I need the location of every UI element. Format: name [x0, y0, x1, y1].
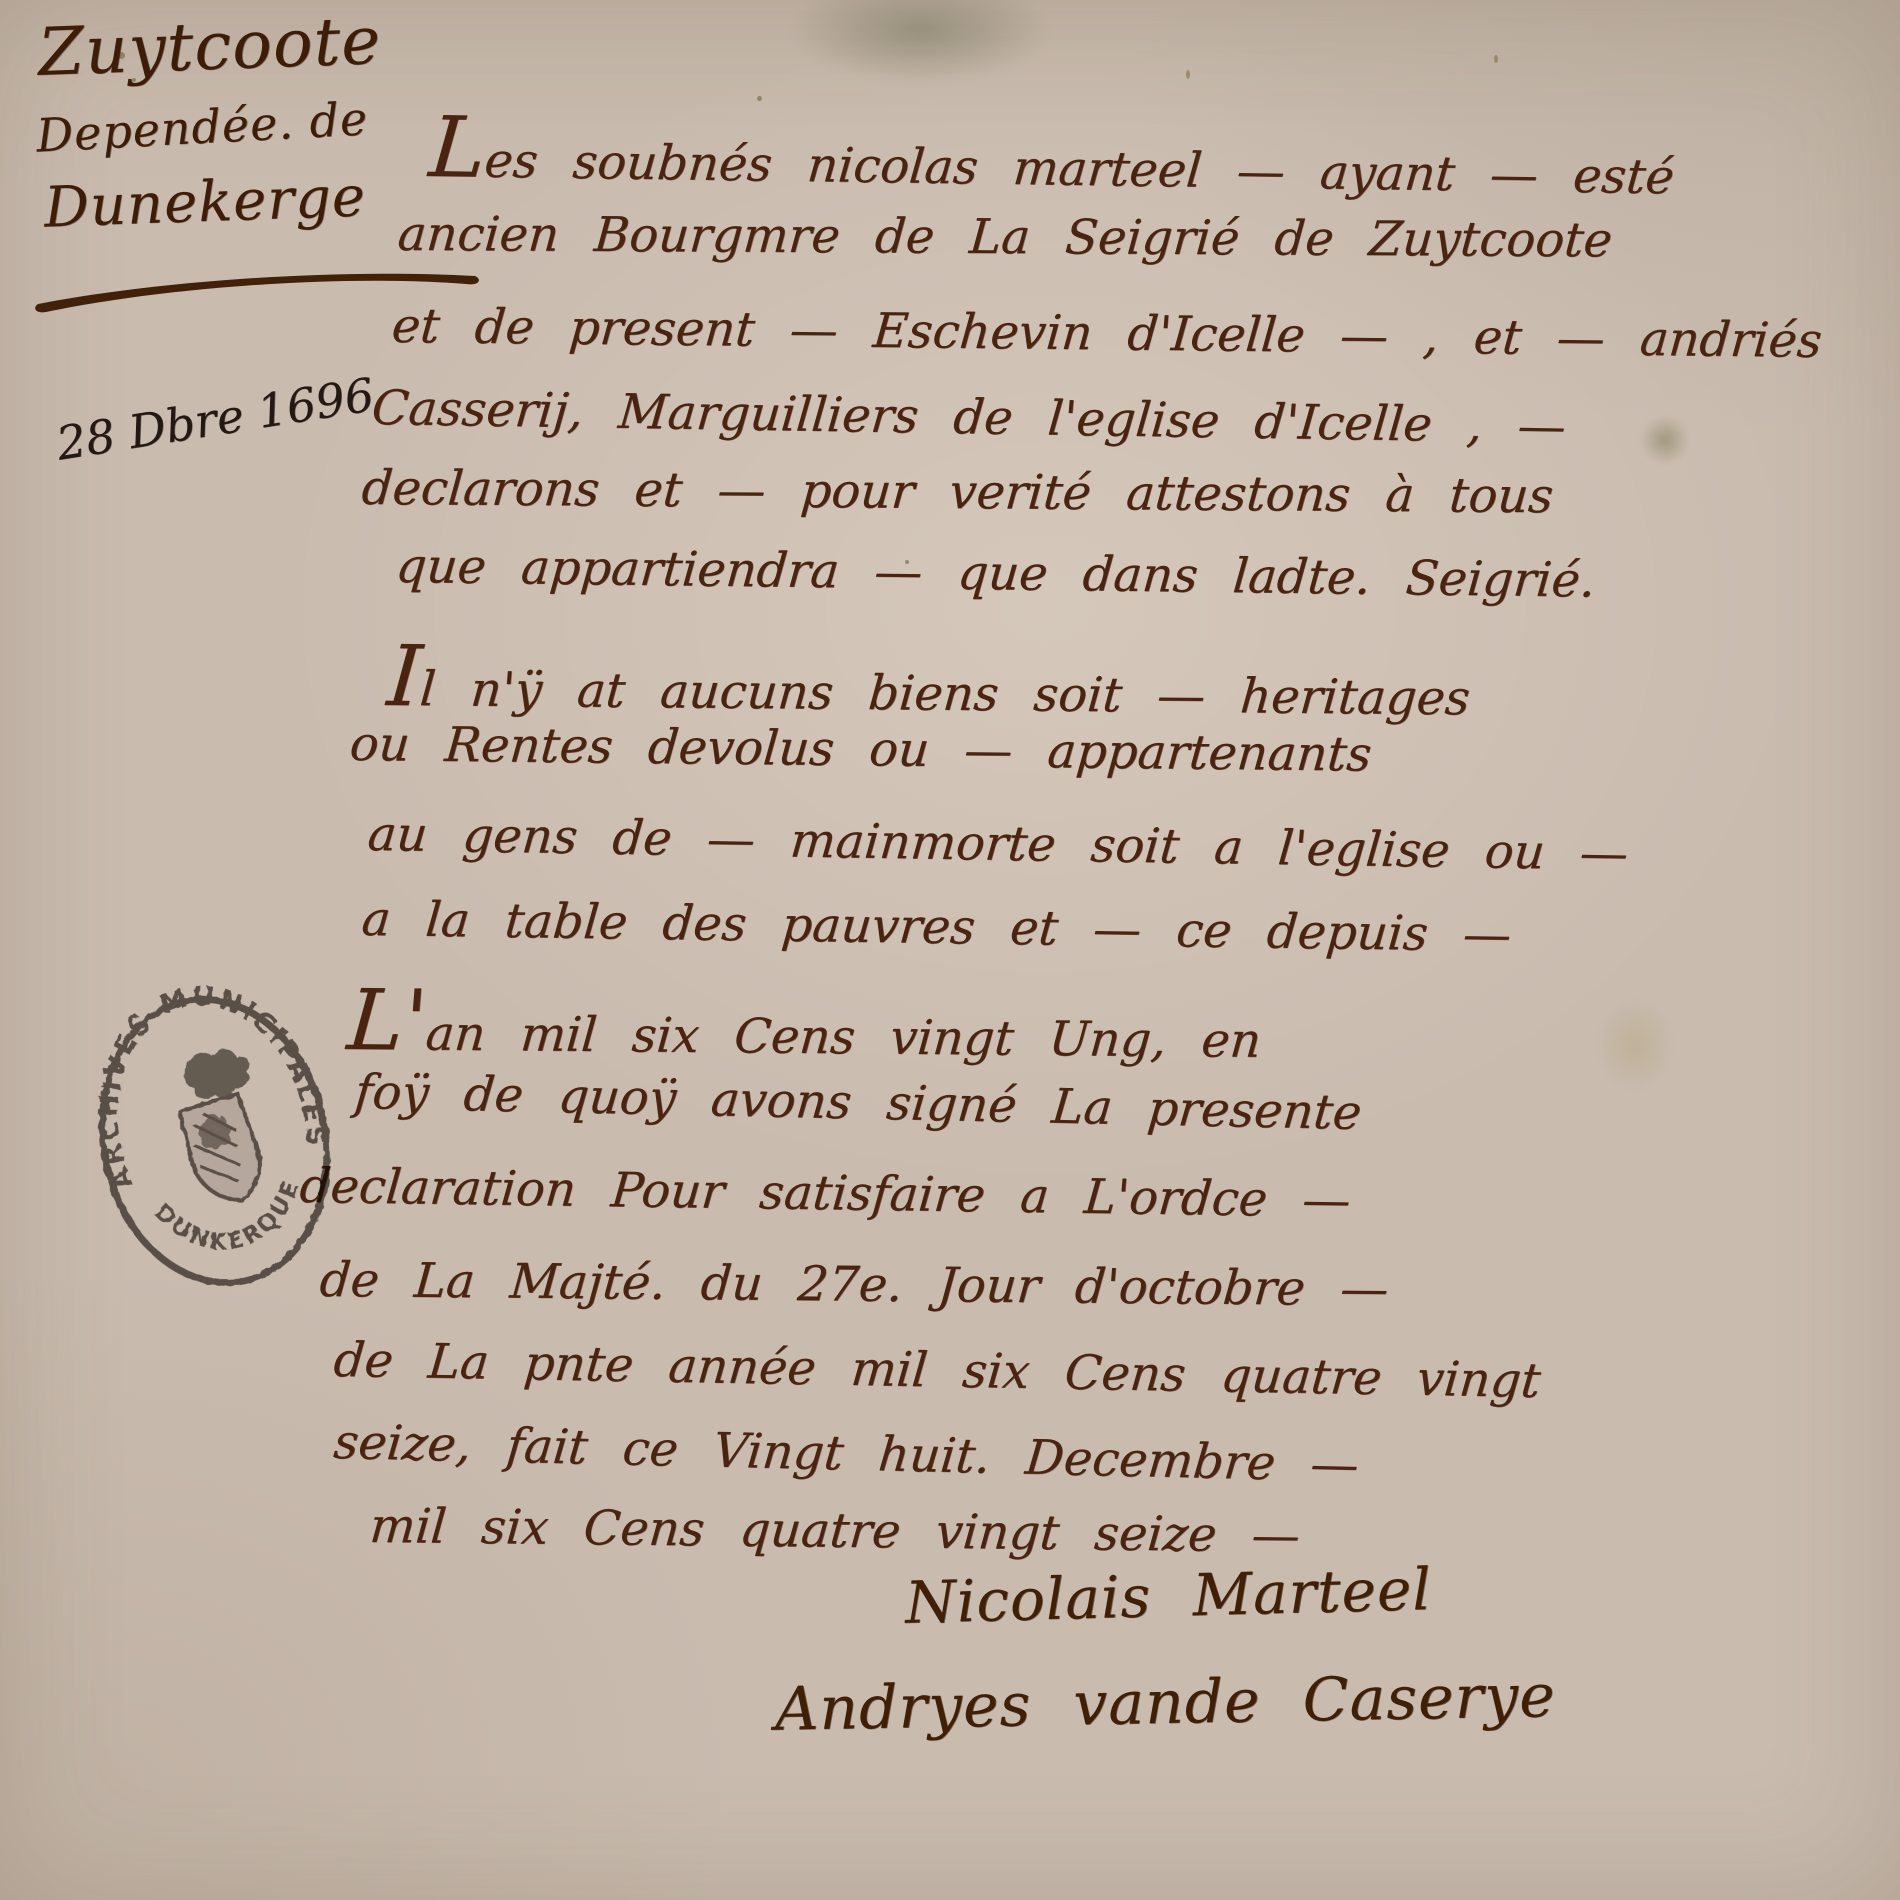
signature-caserye: Andryes vande Caserye — [774, 1661, 1556, 1745]
archives-stamp: ARCHIVES MUNICIPALES DUNKERQUE — [58, 959, 369, 1317]
manuscript-line: mil six Cens quatre vingt seize — — [368, 1502, 1302, 1560]
margin-place-name: Zuytcoote — [37, 2, 383, 91]
ink-speck — [1494, 55, 1498, 63]
manuscript-line: L'an mil six Cens vingt Ung, en — [345, 978, 1266, 1070]
manuscript-line: Les soubnés nicolas marteel — ayant — es… — [426, 105, 1678, 206]
manuscript-line: Il n'ÿ at aucuns biens soit — heritages — [385, 634, 1474, 727]
manuscript-page: Zuytcoote Dependée. de Dunekerge 28 Dbre… — [0, 0, 1900, 1900]
manuscript-line: ancien Bourgmre de La Seigrié de Zuytcoo… — [396, 210, 1614, 264]
manuscript-line: et de present — Eschevin d'Icelle — , et… — [390, 302, 1824, 365]
stamp-coat-of-arms — [169, 1043, 277, 1209]
manuscript-line: ou Rentes devolus ou — appartenants — [348, 720, 1373, 779]
manuscript-line: de La pnte année mil six Cens quatre vin… — [332, 1336, 1543, 1405]
margin-dunkerque: Dunekerge — [43, 164, 367, 240]
manuscript-line: foÿ de quoÿ avons signé La presente — [353, 1068, 1364, 1137]
manuscript-line: declaration Pour satisfaire a L'ordce — — [298, 1162, 1352, 1225]
stain-top-center — [740, 0, 1100, 105]
ink-speck — [757, 96, 762, 101]
signature-marteel: Nicolais Marteel — [904, 1555, 1432, 1637]
ink-speck — [1186, 70, 1190, 79]
manuscript-line: Casserij, Marguilliers de l'eglise d'Ice… — [370, 384, 1568, 451]
manuscript-line: au gens de — mainmorte soit a l'eglise o… — [366, 810, 1630, 878]
margin-dependency-note: Dependée. de — [35, 91, 370, 162]
date-annotation: 28 Dbre 1696 — [53, 367, 378, 470]
manuscript-line: seize, fait ce Vingt huit. Decembre — — [332, 1418, 1361, 1489]
manuscript-line: a la table des pauvres et — ce depuis — — [360, 895, 1513, 959]
manuscript-line: declarons et — pour verité attestons à t… — [360, 464, 1555, 520]
stain-right-olive — [1630, 405, 1700, 475]
manuscript-line: que appartiendra — que dans ladte. Seigr… — [394, 542, 1597, 605]
manuscript-line: de La Majté. du 27e. Jour d'octobre — — [318, 1256, 1390, 1313]
stain-right-middle — [1580, 980, 1690, 1110]
